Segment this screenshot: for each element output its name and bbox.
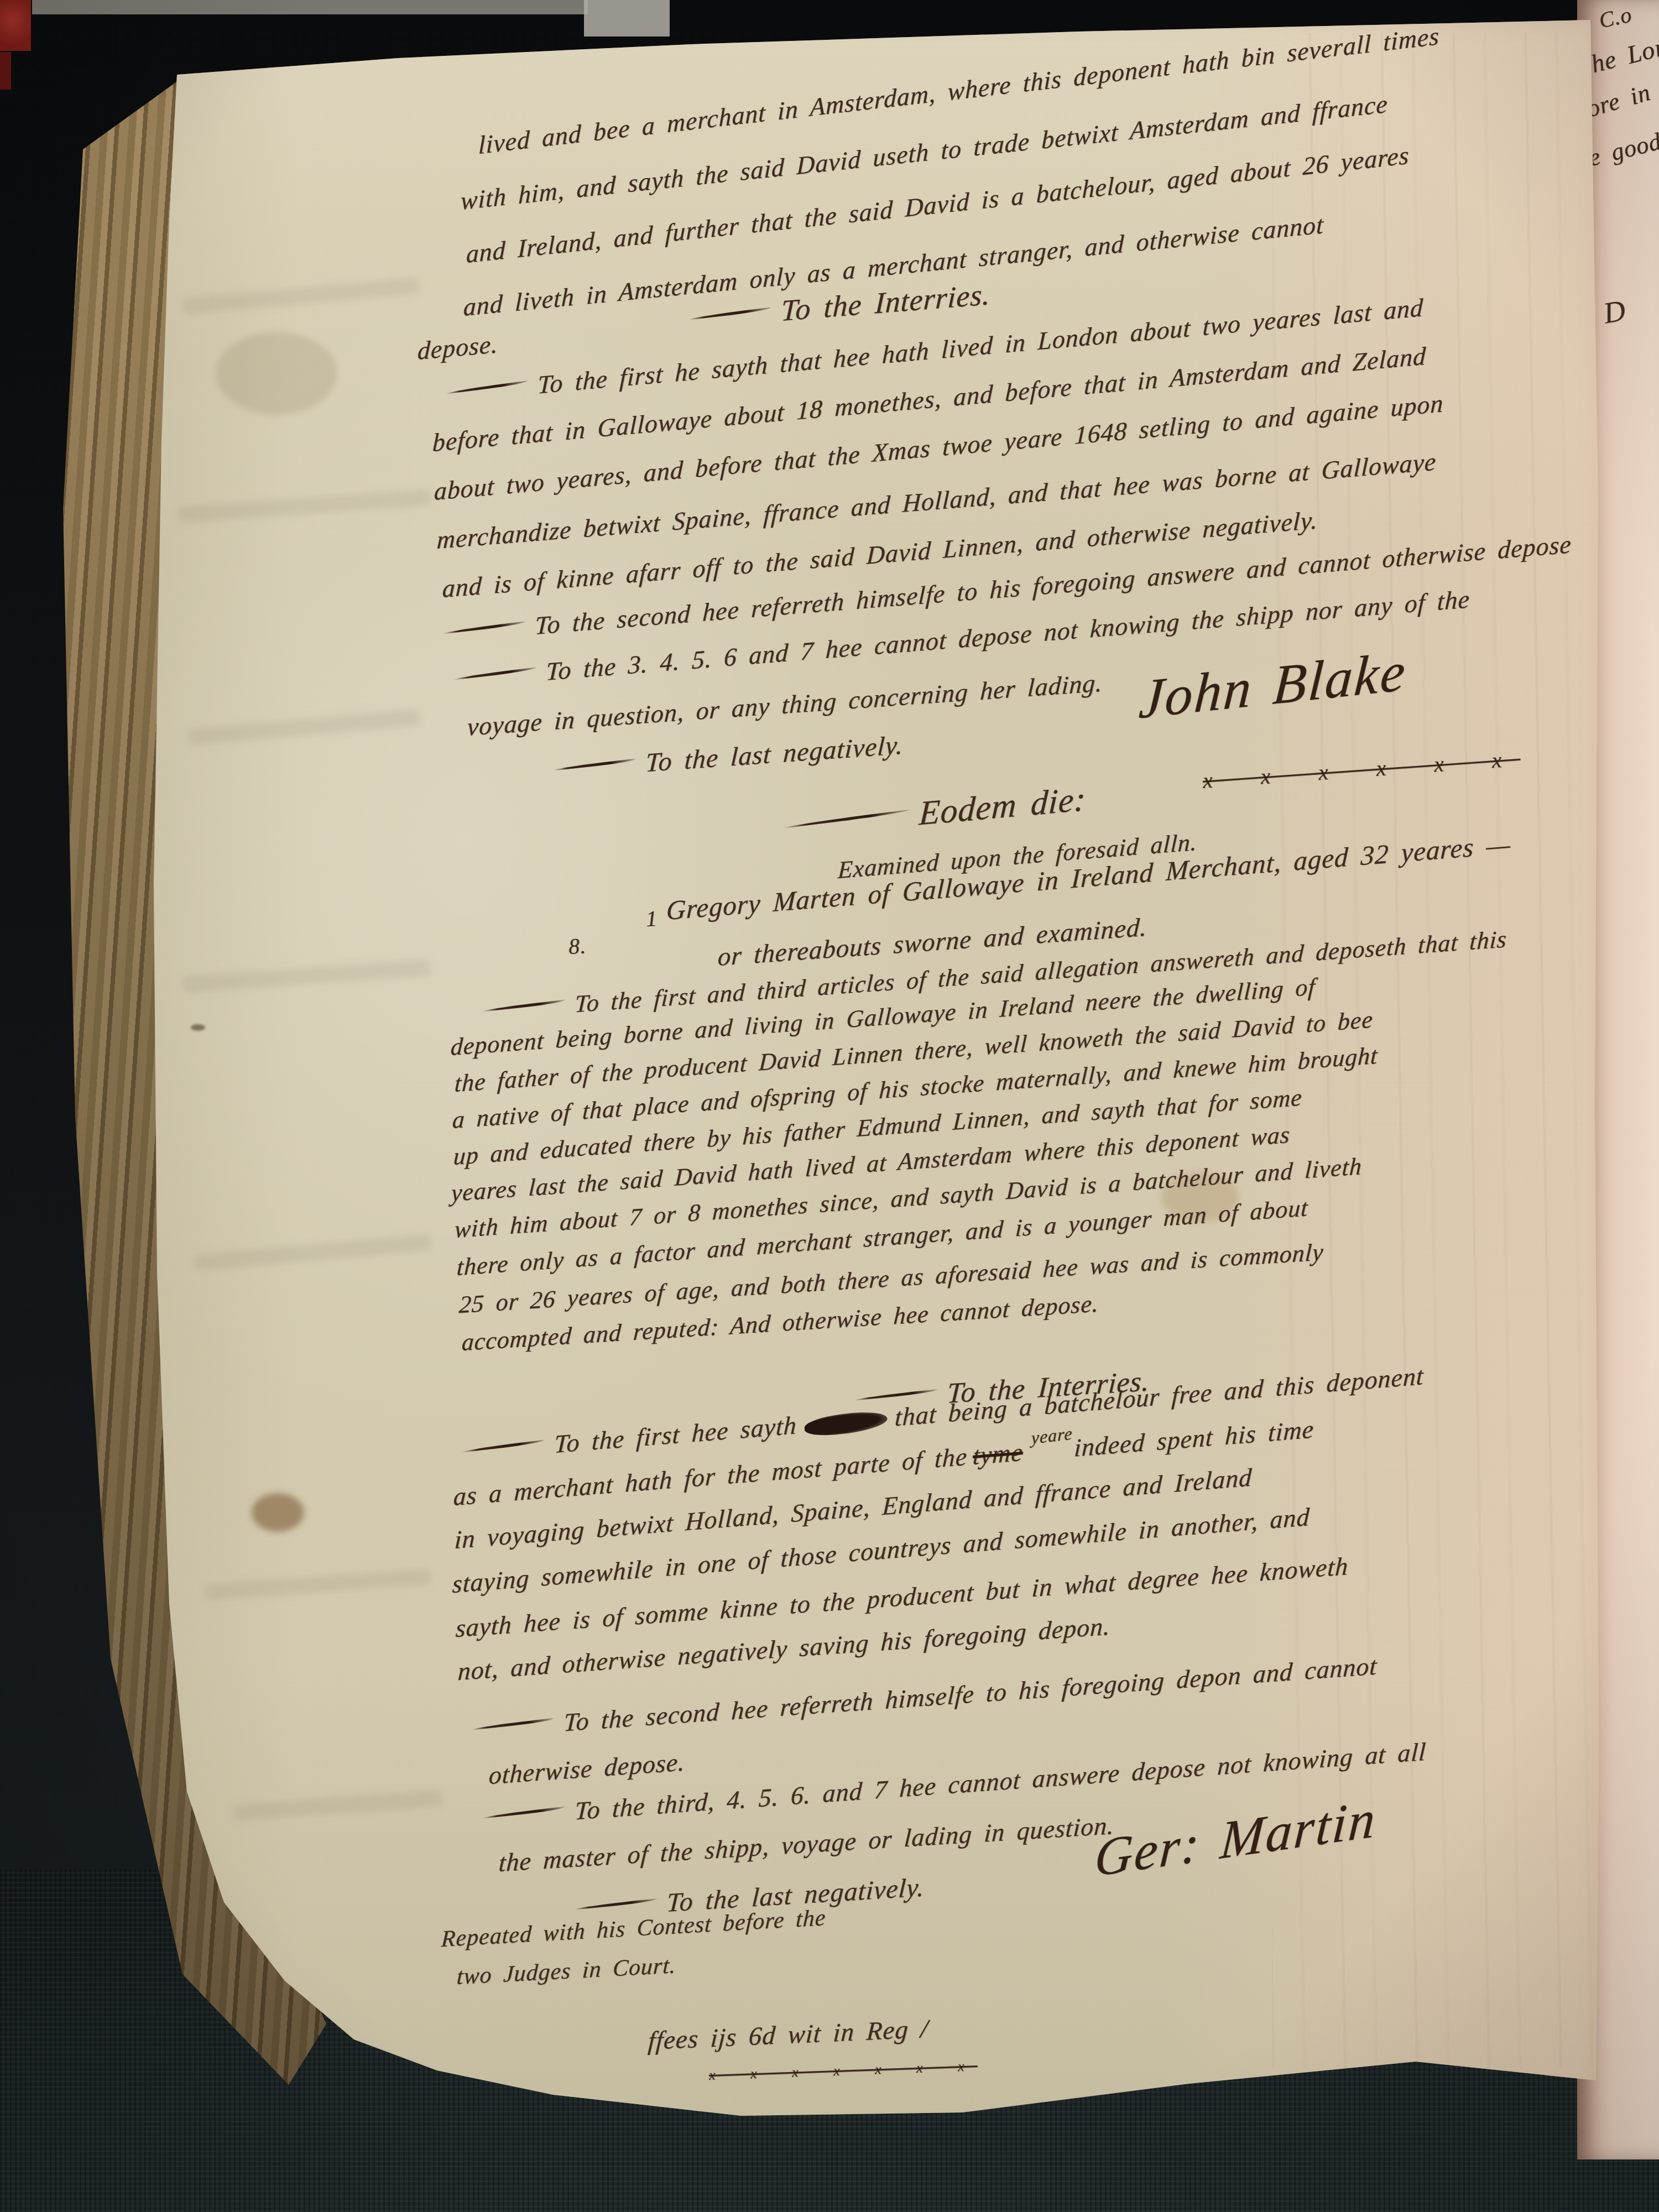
pen-flourish — [471, 1718, 554, 1730]
showthrough-ghost — [204, 1568, 431, 1601]
pen-flourish — [482, 1000, 565, 1012]
pen-flourish — [445, 381, 528, 394]
manuscript-line: To the last negatively. — [552, 732, 904, 784]
facing-fragment: D — [1601, 295, 1628, 328]
facing-fragment: C.o — [1597, 3, 1634, 32]
red-book-marker-small — [0, 52, 11, 90]
showthrough-ghost — [232, 1790, 442, 1821]
pen-flourish — [854, 1389, 937, 1400]
pen-flourish — [688, 307, 771, 320]
clerk-repeat-note: two Judges in Court. — [456, 1954, 677, 1989]
showthrough-ghost — [187, 709, 420, 745]
showthrough-ghost — [182, 277, 421, 314]
pen-flourish — [482, 1807, 565, 1819]
facing-fragment: he Lor — [1588, 34, 1659, 77]
pen-flourish — [442, 622, 525, 634]
paper-speck — [191, 1024, 205, 1031]
interlined-word: yeare — [1031, 1424, 1073, 1447]
showthrough-ghost — [177, 489, 432, 523]
pen-flourish — [782, 810, 910, 828]
showthrough-ghost — [182, 959, 432, 993]
showthrough-ghost — [194, 1234, 432, 1271]
pen-flourish — [553, 759, 636, 771]
pen-flourish — [453, 667, 536, 680]
margin-letter: 8. — [568, 935, 587, 958]
manuscript-photo: C.o he Lor fore in b ye goods w D lived … — [0, 0, 1659, 2212]
table-edge-block — [584, 0, 670, 36]
manuscript-line: otherwise depose. — [488, 1749, 686, 1788]
fee-note: ffees ijs 6d wit in Reg / — [648, 2016, 930, 2054]
ink-stain — [252, 1493, 304, 1532]
red-book-marker — [0, 0, 31, 51]
struck-word: tyme — [972, 1438, 1024, 1470]
margin-number: 1 — [645, 907, 658, 930]
paper-stain — [216, 332, 337, 415]
heading-eodem-die: Eodem die: — [781, 782, 1087, 843]
manuscript-line: depose. — [417, 331, 498, 364]
table-edge-strip — [32, 0, 588, 14]
ink-blot — [804, 1408, 887, 1439]
manuscript-page: lived and bee a merchant in Amsterdam, w… — [0, 0, 1659, 2212]
fee-note-marks: x x x x x x x — [709, 2059, 978, 2083]
pen-flourish — [574, 1898, 657, 1910]
pen-flourish — [462, 1440, 545, 1453]
